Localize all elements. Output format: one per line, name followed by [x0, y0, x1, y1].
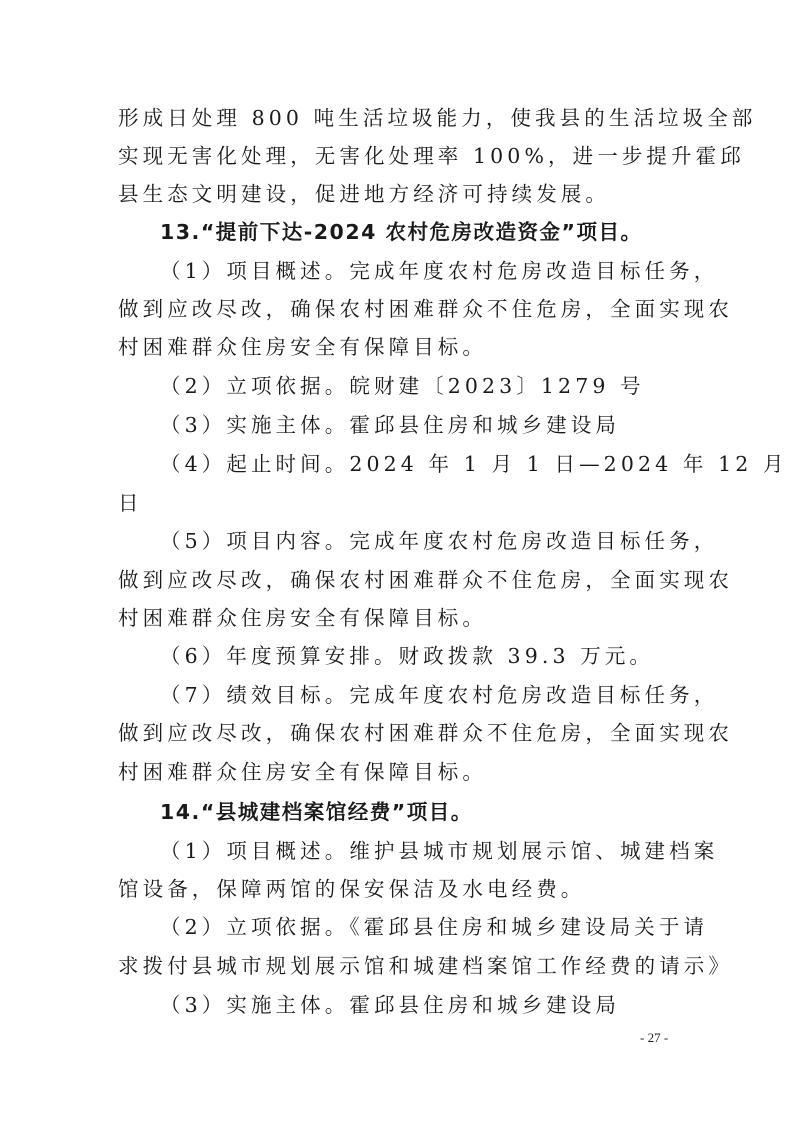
paragraph-line: 做到应改尽改，确保农村困难群众不住危房，全面实现农 [118, 561, 678, 599]
paragraph-line: （5）项目内容。完成年度农村危房改造目标任务， [160, 522, 680, 560]
paragraph-line: 村困难群众住房安全有保障目标。 [118, 599, 678, 637]
paragraph-line: （2）立项依据。《霍邱县住房和城乡建设局关于请 [160, 908, 680, 946]
paragraph-line: （7）绩效目标。完成年度农村危房改造目标任务， [160, 676, 680, 714]
paragraph-line: （2）立项依据。皖财建〔2023〕1279 号 [160, 367, 680, 405]
section-heading-14: 14.“县城建档案馆经费”项目。 [160, 793, 680, 831]
paragraph-line: 形成日处理 800 吨生活垃圾能力，使我县的生活垃圾全部 [118, 99, 678, 137]
paragraph-line: （1）项目概述。完成年度农村危房改造目标任务， [160, 252, 680, 290]
paragraph-line: （3）实施主体。霍邱县住房和城乡建设局 [160, 406, 680, 444]
paragraph-line: （1）项目概述。维护县城市规划展示馆、城建档案 [160, 832, 680, 870]
paragraph-line: 日 [118, 484, 678, 522]
paragraph-line: 实现无害化处理，无害化处理率 100%，进一步提升霍邱 [118, 137, 678, 175]
paragraph-line: 馆设备，保障两馆的保安保洁及水电经费。 [118, 870, 678, 908]
paragraph-line: 县生态文明建设，促进地方经济可持续发展。 [118, 175, 678, 213]
paragraph-line: （6）年度预算安排。财政拨款 39.3 万元。 [160, 637, 680, 675]
paragraph-line: 做到应改尽改，确保农村困难群众不住危房，全面实现农 [118, 714, 678, 752]
paragraph-line: （4）起止时间。2024 年 1 月 1 日—2024 年 12 月 31 [160, 445, 680, 483]
document-page: 形成日处理 800 吨生活垃圾能力，使我县的生活垃圾全部 实现无害化处理，无害化… [0, 0, 793, 1122]
paragraph-line: 做到应改尽改，确保农村困难群众不住危房，全面实现农 [118, 290, 678, 328]
paragraph-line: 村困难群众住房安全有保障目标。 [118, 753, 678, 791]
page-number: - 27 - [640, 1030, 668, 1046]
paragraph-line: 求拨付县城市规划展示馆和城建档案馆工作经费的请示》 [118, 947, 678, 985]
paragraph-line: （3）实施主体。霍邱县住房和城乡建设局 [160, 986, 680, 1024]
section-heading-13: 13.“提前下达-2024 农村危房改造资金”项目。 [160, 213, 680, 251]
paragraph-line: 村困难群众住房安全有保障目标。 [118, 328, 678, 366]
